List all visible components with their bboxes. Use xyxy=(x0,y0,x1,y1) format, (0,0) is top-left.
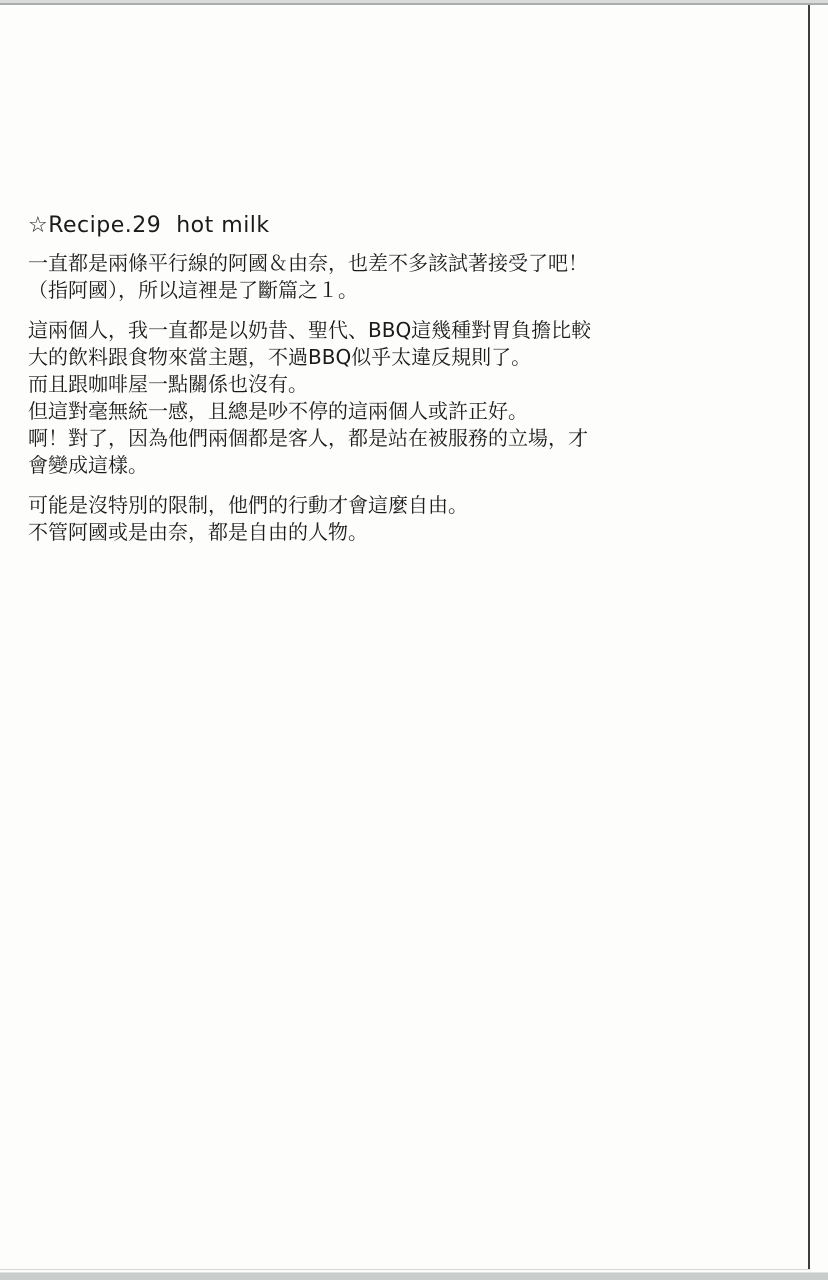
afterword-paragraph-1: 一直都是兩條平行線的阿國＆由奈，也差不多該試著接受了吧！ （指阿國），所以這裡是… xyxy=(28,250,588,304)
scan-edge-bottom xyxy=(0,1272,828,1280)
scan-edge-top xyxy=(0,0,828,5)
afterword-paragraph-4: 可能是沒特別的限制，他們的行動才會這麼自由。 不管阿國或是由奈，都是自由的人物。 xyxy=(28,492,468,546)
book-page: ☆Recipe.29 hot milk 一直都是兩條平行線的阿國＆由奈，也差不多… xyxy=(0,0,828,1280)
afterword-paragraph-2: 這兩個人，我一直都是以奶昔、聖代、BBQ這幾種對胃負擔比較 大的飲料跟食物來當主… xyxy=(28,317,591,425)
afterword-paragraph-3: 啊！對了，因為他們兩個都是客人，都是站在被服務的立場，才 會變成這樣。 xyxy=(28,425,588,479)
recipe-title: ☆Recipe.29 hot milk xyxy=(28,212,270,240)
page-frame-right-line xyxy=(808,5,810,1269)
page-frame-bottom-line xyxy=(0,1269,810,1270)
